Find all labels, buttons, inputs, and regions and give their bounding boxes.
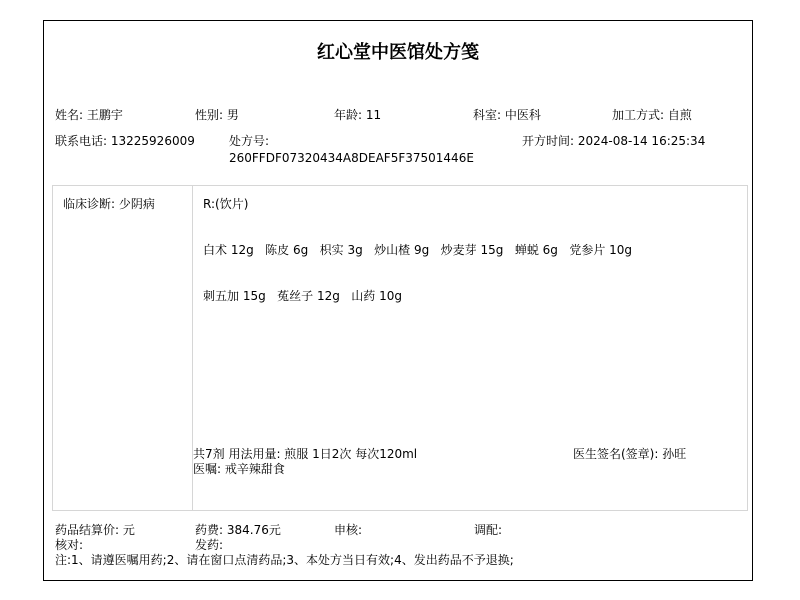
patient-gender: 性别: 男 (195, 108, 239, 123)
processing-value: 自煎 (668, 108, 692, 122)
rx-number: 处方号: 260FFDF07320434A8DEAF5F37501446E (229, 134, 474, 166)
patient-gender-label: 性别: (195, 108, 223, 122)
herb-line-1: 白术 12g 陈皮 6g 枳实 3g 炒山楂 9g 炒麦芽 15g 蝉蜕 6g … (203, 243, 632, 258)
diagnosis-value: 少阴病 (119, 197, 155, 211)
patient-name-label: 姓名: (55, 108, 83, 122)
patient-age: 年龄: 11 (334, 108, 381, 123)
patient-age-label: 年龄: (334, 108, 362, 122)
herb-line-2: 刺五加 15g 菟丝子 12g 山药 10g (203, 289, 402, 304)
review: 申核: (334, 523, 362, 538)
rx-time-label: 开方时间: (522, 134, 574, 148)
diagnosis-label: 临床诊断: (63, 197, 115, 211)
issue: 发药: (195, 538, 223, 553)
rx-time: 开方时间: 2024-08-14 16:25:34 (522, 134, 705, 149)
page-title: 红心堂中医馆处方笺 (44, 38, 752, 64)
patient-gender-value: 男 (227, 108, 239, 122)
phone-value: 13225926009 (111, 134, 195, 148)
patient-name-value: 王鹏宇 (87, 108, 123, 122)
doctor-signature: 医生签名(签章): 孙旺 (573, 447, 686, 462)
footer-note: 注:1、请遵医嘱用药;2、请在窗口点清药品;3、本处方当日有效;4、发出药品不予… (55, 553, 514, 568)
prescription-sheet: 红心堂中医馆处方笺 姓名: 王鹏宇 性别: 男 年龄: 11 科室: 中医科 加… (43, 20, 753, 581)
phone-label: 联系电话: (55, 134, 107, 148)
rx-number-label: 处方号: (229, 134, 474, 149)
usage-dosage: 共7剂 用法用量: 煎服 1日2次 每次120ml (193, 447, 417, 462)
patient-name: 姓名: 王鹏宇 (55, 108, 123, 123)
processing-method: 加工方式: 自煎 (612, 108, 692, 123)
settlement-price: 药品结算价: 元 (55, 523, 135, 538)
department: 科室: 中医科 (473, 108, 541, 123)
patient-age-value: 11 (366, 108, 381, 122)
diagnosis: 临床诊断: 少阴病 (63, 197, 155, 212)
rx-time-value: 2024-08-14 16:25:34 (578, 134, 705, 148)
check: 核对: (55, 538, 83, 553)
drug-fee: 药费: 384.76元 (195, 523, 281, 538)
department-value: 中医科 (505, 108, 541, 122)
phone: 联系电话: 13225926009 (55, 134, 195, 149)
processing-label: 加工方式: (612, 108, 664, 122)
dispense: 调配: (474, 523, 502, 538)
rx-number-value: 260FFDF07320434A8DEAF5F37501446E (229, 151, 474, 166)
prescription-box: 临床诊断: 少阴病 R:(饮片) 白术 12g 陈皮 6g 枳实 3g 炒山楂 … (52, 185, 748, 511)
department-label: 科室: (473, 108, 501, 122)
rx-header: R:(饮片) (203, 197, 248, 212)
medical-advice: 医嘱: 戒辛辣甜食 (193, 462, 285, 477)
